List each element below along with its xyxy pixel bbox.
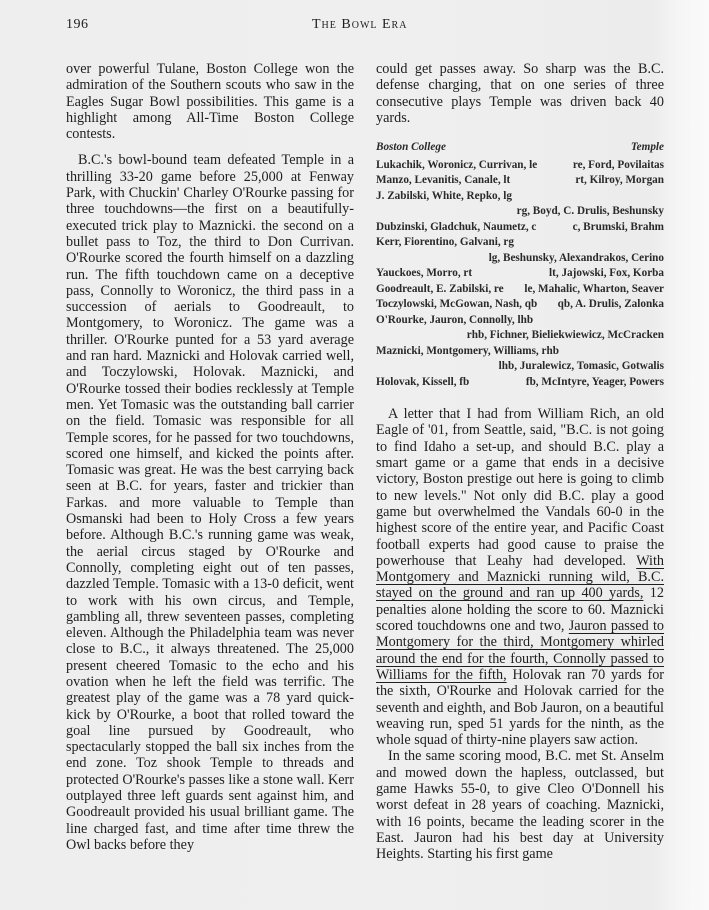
lineup-row: Goodreault, E. Zabilski, rele, Mahalic, …: [376, 282, 664, 298]
lineup-left: Maznicki, Montgomery, Williams, rhb: [376, 344, 559, 360]
lineup-row: rg, Boyd, C. Drulis, Beshunsky: [376, 204, 664, 220]
lineup-left: Toczylowski, McGowan, Nash, qb: [376, 297, 537, 313]
lineup-left: J. Zabilski, White, Repko, lg: [376, 189, 512, 205]
lineup-row: J. Zabilski, White, Repko, lg: [376, 189, 664, 205]
lineup-right: rg, Boyd, C. Drulis, Beshunsky: [517, 204, 664, 220]
lineup-team-boston-college: Boston College: [376, 140, 446, 156]
lineup-row: Lukachik, Woronicz, Currivan, lere, Ford…: [376, 158, 664, 174]
lineup-right: lg, Beshunsky, Alexandrakos, Cerino: [489, 251, 664, 267]
page-number: 196: [66, 17, 89, 33]
lineup-right: qb, A. Drulis, Zalonka: [558, 297, 664, 313]
lineup-left: Goodreault, E. Zabilski, re: [376, 282, 504, 298]
text-span: A letter that I had from William Rich, a…: [376, 406, 664, 569]
paragraph-st-anselm: In the same scoring mood, B.C. met St. A…: [376, 748, 664, 862]
lineup-row: lg, Beshunsky, Alexandrakos, Cerino: [376, 251, 664, 267]
lineup-left: Lukachik, Woronicz, Currivan, le: [376, 158, 537, 174]
lineup-table: Boston College Temple Lukachik, Woronicz…: [376, 140, 664, 390]
lineup-row: Yauckoes, Morro, rtlt, Jajowski, Fox, Ko…: [376, 266, 664, 282]
lineup-right: le, Mahalic, Wharton, Seaver: [524, 282, 664, 298]
lineup-left: Manzo, Levanitis, Canale, lt: [376, 173, 510, 189]
lineup-right: re, Ford, Povilaitas: [573, 158, 664, 174]
lineup-right: lt, Jajowski, Fox, Korba: [549, 266, 664, 282]
lineup-left: Yauckoes, Morro, rt: [376, 266, 472, 282]
lineup-team-temple: Temple: [631, 140, 664, 156]
lineup-right: fb, McIntyre, Yeager, Powers: [526, 375, 664, 391]
lineup-right: c, Brumski, Brahm: [573, 220, 664, 236]
lineup-row: O'Rourke, Jauron, Connolly, lhb: [376, 313, 664, 329]
left-column: over powerful Tulane, Boston College won…: [66, 61, 354, 853]
lineup-row: Manzo, Levanitis, Canale, ltrt, Kilroy, …: [376, 173, 664, 189]
lineup-left: Dubzinski, Gladchuk, Naumetz, c: [376, 220, 536, 236]
lineup-header: Boston College Temple: [376, 140, 664, 156]
lineup-row: Maznicki, Montgomery, Williams, rhb: [376, 344, 664, 360]
lineup-row: Holovak, Kissell, fbfb, McIntyre, Yeager…: [376, 375, 664, 391]
lineup-row: rhb, Fichner, Bieliekwiewicz, McCracken: [376, 328, 664, 344]
lineup-right: lhb, Juralewicz, Tomasic, Gotwalis: [499, 359, 664, 375]
paragraph-defense: could get passes away. So sharp was the …: [376, 61, 664, 126]
lineup-row: Dubzinski, Gladchuk, Naumetz, cc, Brumsk…: [376, 220, 664, 236]
lineup-row: Toczylowski, McGowan, Nash, qbqb, A. Dru…: [376, 297, 664, 313]
running-head: The Bowl Era: [312, 17, 407, 33]
lineup-left: Kerr, Fiorentino, Galvani, rg: [376, 235, 514, 251]
lineup-right: rhb, Fichner, Bieliekwiewicz, McCracken: [467, 328, 664, 344]
right-column: could get passes away. So sharp was the …: [376, 61, 664, 863]
paragraph-temple-game: B.C.'s bowl-bound team defeated Temple i…: [66, 152, 354, 853]
lineup-left: Holovak, Kissell, fb: [376, 375, 469, 391]
lineup-right: rt, Kilroy, Morgan: [575, 173, 664, 189]
paragraph-continued: over powerful Tulane, Boston College won…: [66, 61, 354, 142]
lineup-row: Kerr, Fiorentino, Galvani, rg: [376, 235, 664, 251]
lineup-row: lhb, Juralewicz, Tomasic, Gotwalis: [376, 359, 664, 375]
paragraph-letter: A letter that I had from William Rich, a…: [376, 406, 664, 748]
lineup-left: O'Rourke, Jauron, Connolly, lhb: [376, 313, 533, 329]
